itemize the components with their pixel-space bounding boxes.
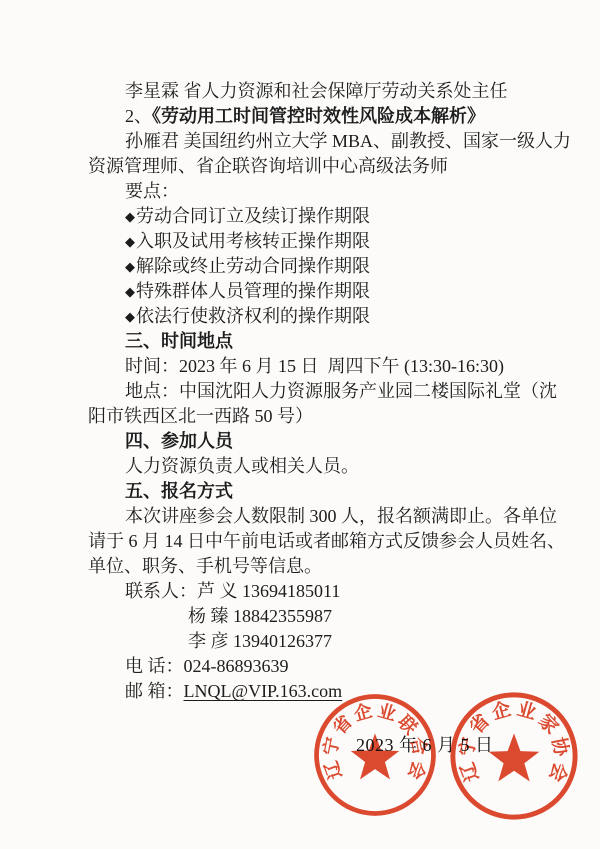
speaker-sun-yanjun-line-wrap: 资源管理师、省企联咨询培训中心高级法务师: [88, 154, 518, 179]
participants-line: 人力资源负责人或相关人员。: [88, 454, 518, 479]
topic-2-title: 《劳动用工时间管控时效性风险成本解析》: [152, 106, 485, 126]
star-icon: [489, 733, 540, 781]
key-point-text: 劳动合同订立及续订操作期限: [136, 206, 370, 226]
issue-date-stamp: 2023 年 6 月 5 日: [356, 731, 494, 757]
diamond-bullet-icon: ◆: [125, 204, 135, 229]
scanned-notice-page: 李星霖 省人力资源和社会保障厅劳动关系处主任 2、《劳动用工时间管控时效性风险成…: [0, 0, 600, 849]
section-3-time-location-heading: 三、时间地点: [88, 329, 518, 354]
location-line: 地点：中国沈阳人力资源服务产业园二楼国际礼堂（沈: [88, 379, 518, 404]
phone-line: 电 话：024-86893639: [88, 654, 518, 679]
registration-line-1: 本次讲座参会人数限制 300 人，报名额满即止。各单位: [88, 504, 518, 529]
time-line: 时间：2023 年 6 月 15 日 周四下午 (13:30-16:30): [88, 354, 518, 379]
email-label: 邮 箱：: [125, 681, 184, 701]
registration-line-2: 请于 6 月 14 日中午前电话或者邮箱方式反馈参会人员姓名、: [88, 529, 518, 554]
location-line-wrap: 阳市铁西区北一西路 50 号）: [88, 404, 518, 429]
document-body: 李星霖 省人力资源和社会保障厅劳动关系处主任 2、《劳动用工时间管控时效性风险成…: [88, 79, 518, 704]
svg-text:业: 业: [376, 700, 399, 724]
svg-text:企: 企: [489, 698, 513, 724]
key-point-text: 特殊群体人员管理的操作期限: [136, 281, 370, 301]
key-points-label: 要点：: [88, 179, 518, 204]
topic-2-title-line: 2、《劳动用工时间管控时效性风险成本解析》: [88, 104, 518, 129]
key-point-item: ◆解除或终止劳动合同操作期限: [88, 254, 518, 279]
diamond-bullet-icon: ◆: [125, 279, 135, 304]
registration-line-3: 单位、职务、手机号等信息。: [88, 554, 518, 579]
key-point-text: 依法行使救济权利的操作期限: [136, 306, 370, 326]
key-point-text: 入职及试用考核转正操作期限: [136, 231, 370, 251]
diamond-bullet-icon: ◆: [125, 304, 135, 329]
section-4-participants-heading: 四、参加人员: [88, 429, 518, 454]
section-5-registration-heading: 五、报名方式: [88, 479, 518, 504]
contact-person-line-1: 联系人：芦 义 13694185011: [88, 579, 518, 604]
key-point-text: 解除或终止劳动合同操作期限: [136, 256, 370, 276]
contact-person-line-3: 李 彦 13940126377: [88, 629, 518, 654]
diamond-bullet-icon: ◆: [125, 254, 135, 279]
key-point-item: ◆依法行使救济权利的操作期限: [88, 304, 518, 329]
svg-text:协: 协: [547, 735, 573, 759]
key-point-item: ◆入职及试用考核转正操作期限: [88, 229, 518, 254]
svg-text:辽: 辽: [321, 758, 346, 782]
speaker-li-xinglin-line: 李星霖 省人力资源和社会保障厅劳动关系处主任: [88, 79, 518, 104]
key-point-item: ◆劳动合同订立及续订操作期限: [88, 204, 518, 229]
topic-2-number: 2、: [125, 106, 152, 126]
svg-text:企: 企: [351, 699, 374, 724]
svg-text:业: 业: [515, 699, 539, 724]
diamond-bullet-icon: ◆: [125, 229, 135, 254]
contact-person-line-2: 杨 臻 18842355987: [88, 604, 518, 629]
svg-text:辽: 辽: [457, 759, 483, 784]
speaker-sun-yanjun-line: 孙雁君 美国纽约州立大学 MBA、副教授、国家一级人力: [88, 129, 518, 154]
svg-text:宁: 宁: [319, 735, 343, 757]
key-point-item: ◆特殊群体人员管理的操作期限: [88, 279, 518, 304]
